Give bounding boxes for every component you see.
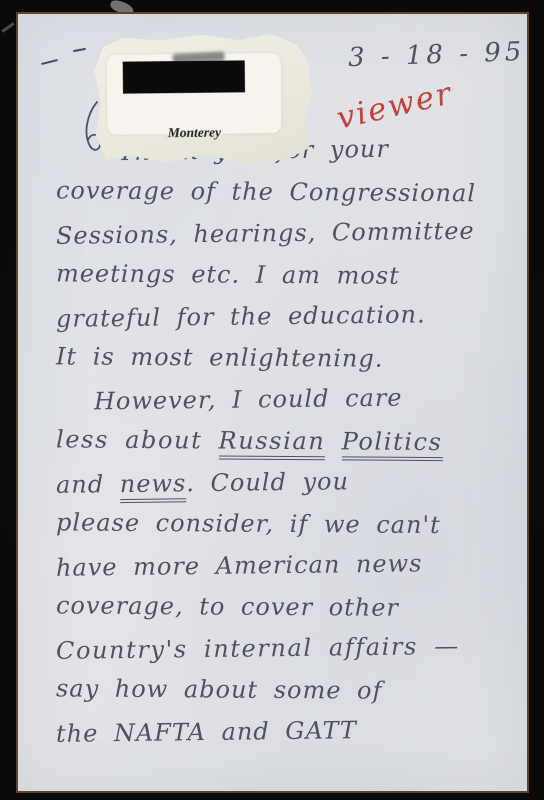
letter-line: less about Russian Politics [56, 419, 524, 464]
letter-date: 3 - 18 - 95 [348, 37, 526, 73]
letter-line: the NAFTA and GATT [56, 708, 524, 755]
letter-text-segment: the NAFTA and GATT [56, 716, 357, 748]
underlined-word: Russian [218, 426, 325, 460]
letter-line: meetings etc. I am most [56, 253, 524, 298]
letter-text-segment: meetings etc. I am most [56, 259, 400, 289]
stray-pen-mark [73, 48, 86, 52]
letter-line: However, I could care [56, 376, 524, 423]
underlined-word: Politics [342, 427, 443, 461]
letter-line: Country's internal affairs — [56, 625, 524, 672]
letter-text-segment [325, 427, 341, 455]
letter-text-segment: grateful for the education. [56, 300, 426, 333]
letter-text-segment: say how about some of [56, 674, 383, 704]
letter-text-segment: . Could you [186, 467, 349, 497]
letter-line: coverage, to cover other [56, 585, 524, 630]
letter-body: Thank you for yourcoverage of the Congre… [56, 130, 524, 753]
address-sticker: Monterey Ca 93940 [107, 53, 282, 135]
letter-line: and news. Could you [56, 459, 524, 506]
letter-text-segment: and [56, 470, 120, 499]
label-city: Monterey [107, 124, 281, 141]
letter-line: please consider, if we can't [56, 502, 524, 547]
letter-text-segment: Sessions, hearings, Committee [56, 217, 475, 250]
letter-text-segment: please consider, if we can't [56, 508, 441, 539]
letter-paper: 3 - 18 - 95 viewer Thank you for yourcov… [16, 12, 529, 793]
scan-artifact [1, 22, 14, 32]
underlined-word: news [120, 469, 187, 503]
letter-text-segment: However, I could care [94, 384, 403, 416]
letter-text-segment: coverage, to cover other [56, 591, 399, 621]
letter-text-segment: It is most enlightening. [56, 342, 384, 372]
letter-line: grateful for the education. [56, 293, 524, 340]
letter-line: It is most enlightening. [56, 336, 524, 381]
letter-line: say how about some of [56, 668, 524, 713]
redaction-bar [123, 60, 245, 93]
letter-text-segment: have more American news [56, 549, 423, 581]
letter-text-segment: less about [56, 425, 219, 454]
stray-pen-mark [41, 59, 58, 65]
letter-line: have more American news [56, 542, 524, 589]
letter-text-segment: coverage of the Congressional [56, 176, 476, 207]
letter-line: coverage of the Congressional [56, 170, 524, 215]
scanned-letter: 3 - 18 - 95 viewer Thank you for yourcov… [0, 0, 544, 800]
letter-line: Sessions, hearings, Committee [56, 210, 524, 257]
letter-text-segment: Country's internal affairs — [56, 632, 460, 665]
torn-label-piece: Monterey Ca 93940 [93, 31, 314, 165]
